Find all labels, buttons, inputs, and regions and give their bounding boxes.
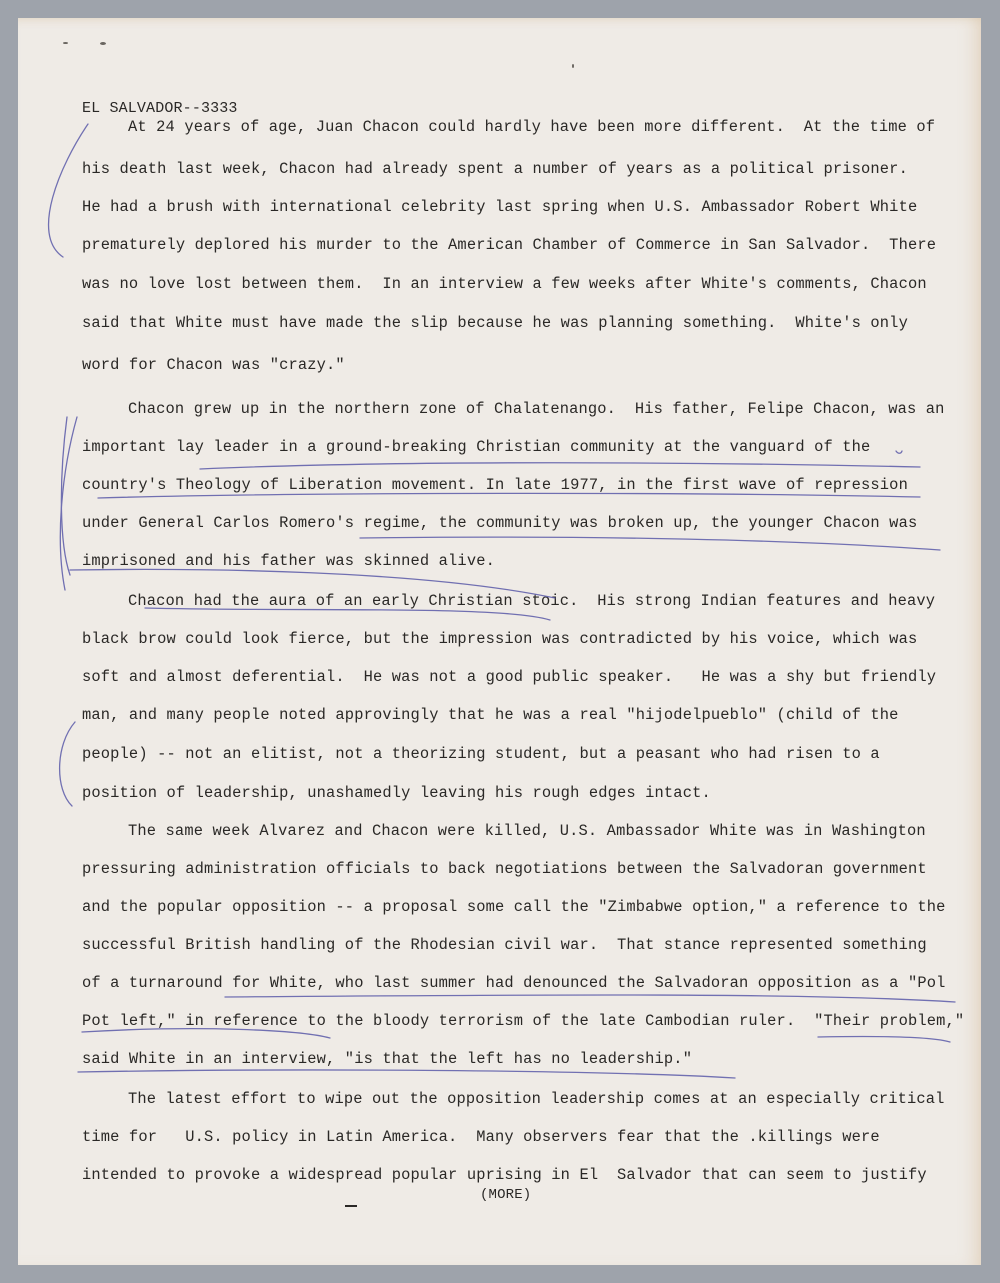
scan-speck [63, 42, 68, 44]
text-line: successful British handling of the Rhode… [82, 936, 927, 954]
text-line: The same week Alvarez and Chacon were ki… [128, 822, 926, 840]
scan-speck [100, 42, 106, 45]
text-line: time for U.S. policy in Latin America. M… [82, 1128, 880, 1146]
text-line: He had a brush with international celebr… [82, 198, 917, 216]
more-continuation-marker: (MORE) [480, 1186, 531, 1204]
text-line: pressuring administration officials to b… [82, 860, 927, 878]
text-line: people) -- not an elitist, not a theoriz… [82, 745, 880, 763]
text-line: imprisoned and his father was skinned al… [82, 552, 495, 570]
text-line: soft and almost deferential. He was not … [82, 668, 936, 686]
text-line: Pot left," in reference to the bloody te… [82, 1012, 964, 1030]
text-line: important lay leader in a ground-breakin… [82, 438, 870, 456]
text-line: Chacon grew up in the northern zone of C… [128, 400, 945, 418]
text-line: The latest effort to wipe out the opposi… [128, 1090, 945, 1108]
document-header: EL SALVADOR--3333 [82, 100, 238, 118]
text-line: black brow could look fierce, but the im… [82, 630, 917, 648]
text-line: under General Carlos Romero's regime, th… [82, 514, 917, 532]
scan-speck [572, 64, 574, 68]
dash-mark [345, 1205, 357, 1207]
text-line: prematurely deplored his murder to the A… [82, 236, 936, 254]
text-line: intended to provoke a widespread popular… [82, 1166, 927, 1184]
text-line: Chacon had the aura of an early Christia… [128, 592, 935, 610]
text-line: was no love lost between them. In an int… [82, 275, 927, 293]
text-line: his death last week, Chacon had already … [82, 160, 908, 178]
text-line: country's Theology of Liberation movemen… [82, 476, 908, 494]
text-line: said that White must have made the slip … [82, 314, 908, 332]
text-line: position of leadership, unashamedly leav… [82, 784, 711, 802]
text-line: word for Chacon was "crazy." [82, 356, 345, 374]
text-line: man, and many people noted approvingly t… [82, 706, 899, 724]
text-line: said White in an interview, "is that the… [82, 1050, 692, 1068]
text-line: and the popular opposition -- a proposal… [82, 898, 946, 916]
text-line: of a turnaround for White, who last summ… [82, 974, 946, 992]
text-line: At 24 years of age, Juan Chacon could ha… [128, 118, 935, 136]
